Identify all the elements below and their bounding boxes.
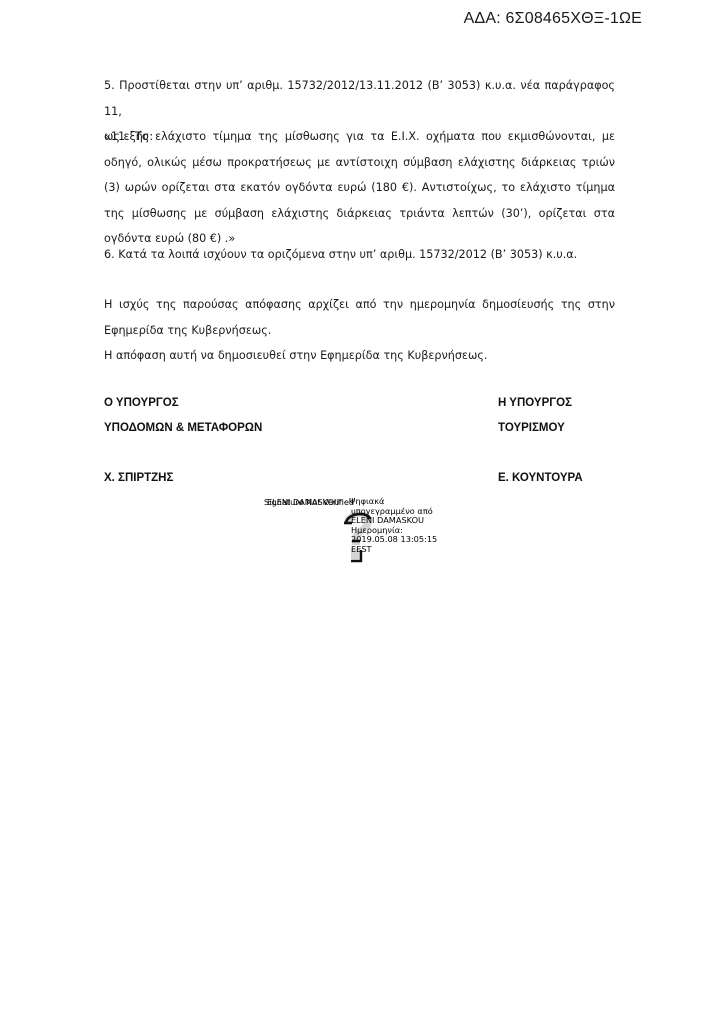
signature-signer-overlay: ELENI DAMASKOU	[267, 497, 340, 507]
signatory-left-ministry: ΥΠΟΔΟΜΩΝ & ΜΕΤΑΦΟΡΩΝ	[104, 416, 262, 441]
validity-paragraph: Η ισχύς της παρούσας απόφασης αρχίζει απ…	[104, 292, 615, 343]
signature-label: Ψηφιακά	[349, 497, 435, 507]
signatory-right-ministry: ΤΟΥΡΙΣΜΟΥ	[498, 416, 583, 441]
signature-details: Ψηφιακά υπογεγραμμένο από ELENI DAMASKOU…	[351, 497, 437, 555]
paragraph-11-quote: «11. Το ελάχιστο τίμημα της μίσθωσης για…	[104, 124, 615, 252]
publish-text: Η απόφαση αυτή να δημοσιευθεί στην Εφημε…	[104, 343, 615, 369]
signatory-left-name: Χ. ΣΠΙΡΤΖΗΣ	[104, 466, 262, 491]
ada-code: ΑΔΑ: 6Σ08465ΧΘΞ-1ΩΕ	[464, 10, 642, 28]
paragraph-6: 6. Κατά τα λοιπά ισχύουν τα οριζόμενα στ…	[104, 242, 615, 268]
signatory-right-title: Η ΥΠΟΥΡΓΟΣ	[498, 391, 583, 416]
digital-signature-stamp[interactable]: Signature Not Verified ELENI DAMASKOU Ψη…	[264, 497, 464, 567]
signature-timezone: EEST	[351, 545, 437, 555]
validity-text: Η ισχύς της παρούσας απόφασης αρχίζει απ…	[104, 292, 615, 343]
paragraph-5-line-1: 5. Προστίθεται στην υπ’ αριθμ. 15732/201…	[104, 73, 615, 124]
publish-paragraph: Η απόφαση αυτή να δημοσιευθεί στην Εφημε…	[104, 343, 615, 369]
signatory-right-name: Ε. ΚΟΥΝΤΟΥΡΑ	[498, 466, 583, 491]
paragraph-11-text: «11. Το ελάχιστο τίμημα της μίσθωσης για…	[104, 124, 615, 252]
signatory-right: Η ΥΠΟΥΡΓΟΣ ΤΟΥΡΙΣΜΟΥ Ε. ΚΟΥΝΤΟΥΡΑ	[498, 391, 583, 491]
signatory-left: Ο ΥΠΟΥΡΓΟΣ ΥΠΟΔΟΜΩΝ & ΜΕΤΑΦΟΡΩΝ Χ. ΣΠΙΡΤ…	[104, 391, 262, 491]
paragraph-6-text: 6. Κατά τα λοιπά ισχύουν τα οριζόμενα στ…	[104, 242, 615, 268]
signatory-left-title: Ο ΥΠΟΥΡΓΟΣ	[104, 391, 262, 416]
